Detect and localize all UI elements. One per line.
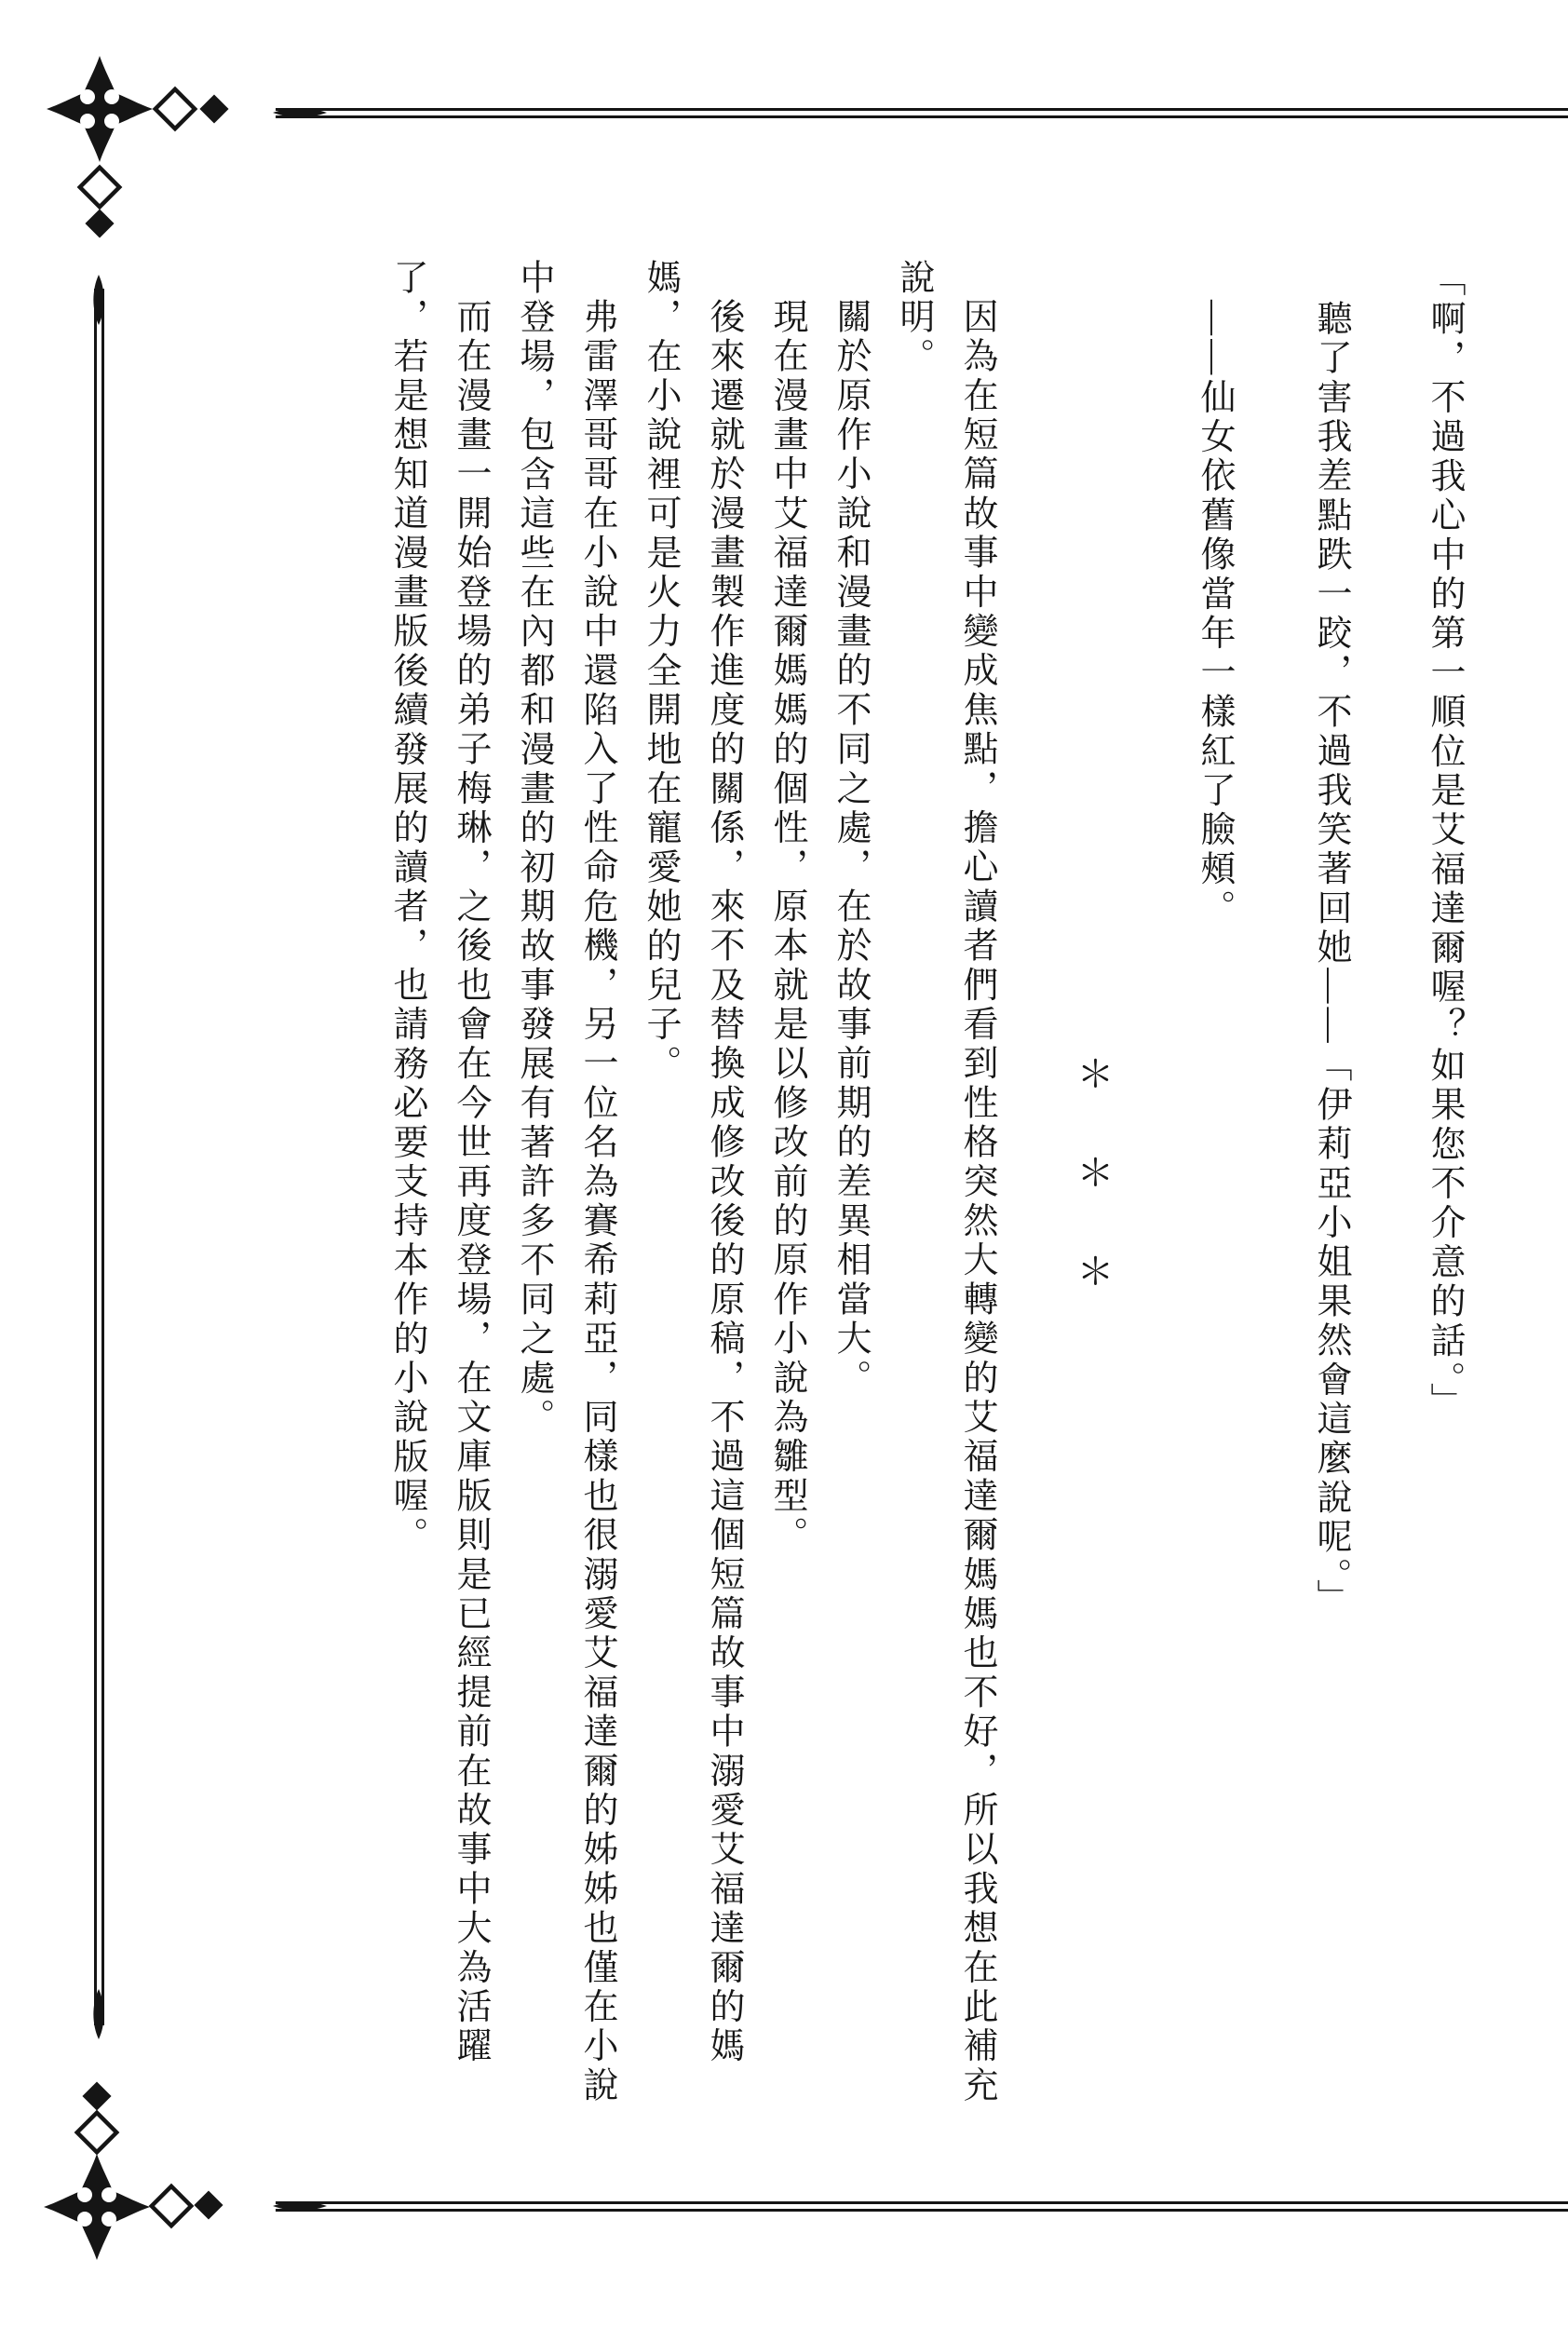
bottom-left-corner-ornament xyxy=(44,2081,223,2260)
top-left-corner-ornament xyxy=(47,56,229,238)
diamond-filled-icon xyxy=(199,94,228,123)
afterword-column-2: 說明。 xyxy=(893,259,934,377)
afterword-column-3: 關於原作小說和漫畫的不同之處，在於故事前期的差異相當大。 xyxy=(830,298,871,1399)
left-border-rule xyxy=(93,275,104,2039)
afterword-column-1: 因為在短篇故事中變成焦點，擔心讀者們看到性格突然大轉變的艾福達爾媽媽也不好，所以… xyxy=(956,298,997,2105)
afterword-column-6: 媽，在小說裡可是火力全開地在寵愛她的兒子。 xyxy=(640,259,681,1084)
diamond-filled-icon xyxy=(194,2190,223,2219)
cross-fleur-icon xyxy=(44,2154,150,2260)
diamond-filled-icon xyxy=(82,2081,111,2110)
afterword-column-7: 弗雷澤哥哥在小說中還陷入了性命危機，另一位名為賽希莉亞，同樣也很溺愛艾福達爾的姊… xyxy=(576,298,617,2105)
diamond-outline-icon xyxy=(77,2113,116,2152)
top-border-rule xyxy=(273,108,1568,118)
scene-break-separator: ＊＊＊ xyxy=(1072,1054,1113,1350)
story-dialogue-column: 「啊，不過我心中的第一順位是艾福達爾喔？如果您不介意的話。」 xyxy=(1424,261,1465,1422)
cross-fleur-icon xyxy=(47,56,153,162)
rule-leaf-finial-icon xyxy=(93,1989,103,2039)
rule-leaf-finial-icon xyxy=(93,275,103,325)
diamond-outline-icon xyxy=(80,168,119,207)
bottom-border-rule xyxy=(273,2201,1568,2212)
story-reply-column: 聽了害我差點跌一跤，不過我笑著回她——「伊莉亞小姐果然會這麼說呢。」 xyxy=(1310,300,1351,1618)
diamond-outline-icon xyxy=(155,89,195,129)
book-page: 「啊，不過我心中的第一順位是艾福達爾喔？如果您不介意的話。」 聽了害我差點跌一跤… xyxy=(0,0,1568,2328)
diamond-filled-icon xyxy=(85,209,114,237)
story-narration-column: ——仙女依舊像當年一樣紅了臉頰。 xyxy=(1194,300,1235,928)
diamond-outline-icon xyxy=(152,2186,191,2226)
afterword-column-8: 中登場，包含這些在內都和漫畫的初期故事發展有著許多不同之處。 xyxy=(513,259,554,1438)
afterword-column-10: 了，若是想知道漫畫版後續發展的讀者，也請務必要支持本作的小說版喔。 xyxy=(386,259,427,1556)
afterword-column-9: 而在漫畫一開始登場的弟子梅琳，之後也會在今世再度登場，在文庫版則是已經提前在故事… xyxy=(450,298,491,2066)
rule-leaf-finial-icon xyxy=(273,2201,327,2211)
afterword-column-4: 現在漫畫中艾福達爾媽媽的個性，原本就是以修改前的原作小說為雛型。 xyxy=(766,298,807,1555)
afterword-column-5: 後來遷就於漫畫製作進度的關係，來不及替換成修改後的原稿，不過這個短篇故事中溺愛艾… xyxy=(703,298,744,2066)
rule-leaf-finial-icon xyxy=(273,108,327,117)
